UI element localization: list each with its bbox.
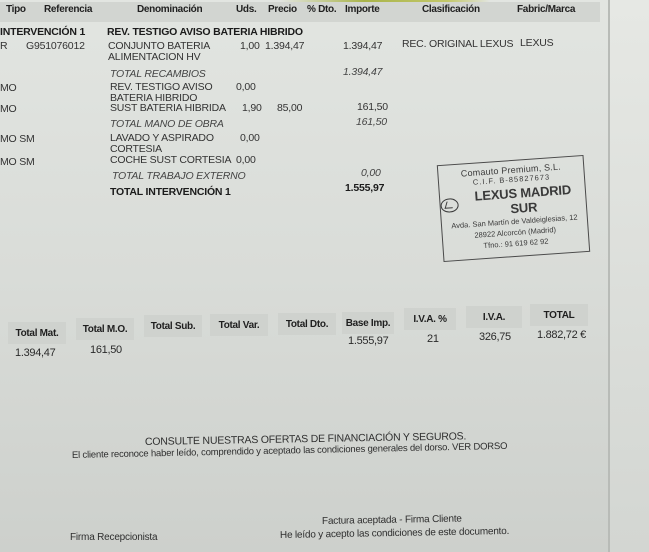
row-denominacion-2: ALIMENTACION HV	[108, 52, 201, 63]
subtotal-importe: 0,00	[361, 168, 381, 179]
row-precio: 1.394,47	[265, 41, 304, 52]
summary-value-total-mo: 161,50	[90, 344, 122, 356]
summary-value-iva: 326,75	[479, 331, 511, 343]
col-marca: Fabric/Marca	[517, 4, 575, 22]
subtotal-label: TOTAL TRABAJO EXTERNO	[112, 171, 246, 182]
summary-total-var: Total Var.	[210, 314, 268, 336]
row-tipo: MO SM	[0, 134, 35, 145]
dealer-stamp: Comauto Premium, S.L. C.I.F. B-85827673 …	[437, 155, 590, 262]
summary-value-iva-pct: 21	[427, 333, 439, 345]
row-tipo: MO	[0, 104, 17, 115]
invoice-paper	[0, 0, 610, 552]
col-precio: Precio	[268, 4, 297, 22]
lexus-logo-icon	[440, 198, 459, 213]
row-tipo: MO	[0, 83, 17, 94]
row-tipo: R	[0, 41, 7, 52]
row-importe: 1.394,47	[343, 41, 382, 52]
summary-value-total: 1.882,72 €	[537, 329, 586, 341]
col-dto: % Dto.	[307, 4, 336, 22]
intervention-description: REV. TESTIGO AVISO BATERIA HIBRIDO	[107, 27, 303, 38]
summary-value-total-mat: 1.394,47	[15, 347, 55, 359]
row-uds: 0,00	[240, 133, 260, 144]
row-clasificacion: REC. ORIGINAL LEXUS	[402, 39, 513, 50]
summary-total-mat: Total Mat.	[8, 322, 66, 344]
row-precio: 85,00	[277, 103, 302, 114]
summary-total-dto: Total Dto.	[278, 313, 336, 335]
row-marca: LEXUS	[520, 38, 553, 49]
col-uds: Uds.	[236, 4, 256, 22]
col-clasificacion: Clasificación	[422, 4, 480, 22]
subtotal-label: TOTAL RECAMBIOS	[110, 69, 206, 80]
row-uds: 0,00	[236, 155, 256, 166]
summary-iva: I.V.A.	[466, 306, 522, 328]
row-denominacion: COCHE SUST CORTESIA	[110, 155, 231, 166]
col-referencia: Referencia	[44, 4, 92, 22]
total-importe: 1.555,97	[345, 183, 384, 194]
summary-value-base-imp: 1.555,97	[348, 335, 388, 347]
summary-total: TOTAL	[530, 304, 588, 326]
row-denominacion: SUST BATERIA HIBRIDA	[110, 103, 226, 114]
row-referencia: G951076012	[26, 41, 85, 52]
row-uds: 1,90	[242, 103, 262, 114]
row-tipo: MO SM	[0, 157, 35, 168]
subtotal-importe: 1.394,47	[343, 67, 382, 78]
summary-total-mo: Total M.O.	[76, 318, 134, 340]
subtotal-importe: 161,50	[356, 117, 387, 128]
subtotal-label: TOTAL MANO DE OBRA	[110, 119, 224, 130]
summary-base-imp: Base Imp.	[342, 312, 394, 334]
intervention-title: INTERVENCIÓN 1	[0, 27, 85, 38]
col-tipo: Tipo	[6, 4, 26, 22]
signature-receptionist: Firma Recepcionista	[70, 532, 157, 543]
total-label: TOTAL INTERVENCIÓN 1	[110, 187, 231, 198]
col-importe: Importe	[345, 4, 380, 22]
background-strip	[610, 0, 649, 552]
col-denominacion: Denominación	[137, 4, 202, 22]
row-importe: 161,50	[357, 102, 388, 113]
summary-total-sub: Total Sub.	[144, 315, 202, 337]
row-uds: 0,00	[236, 82, 256, 93]
row-uds: 1,00	[240, 41, 260, 52]
summary-iva-pct: I.V.A. %	[404, 308, 456, 330]
